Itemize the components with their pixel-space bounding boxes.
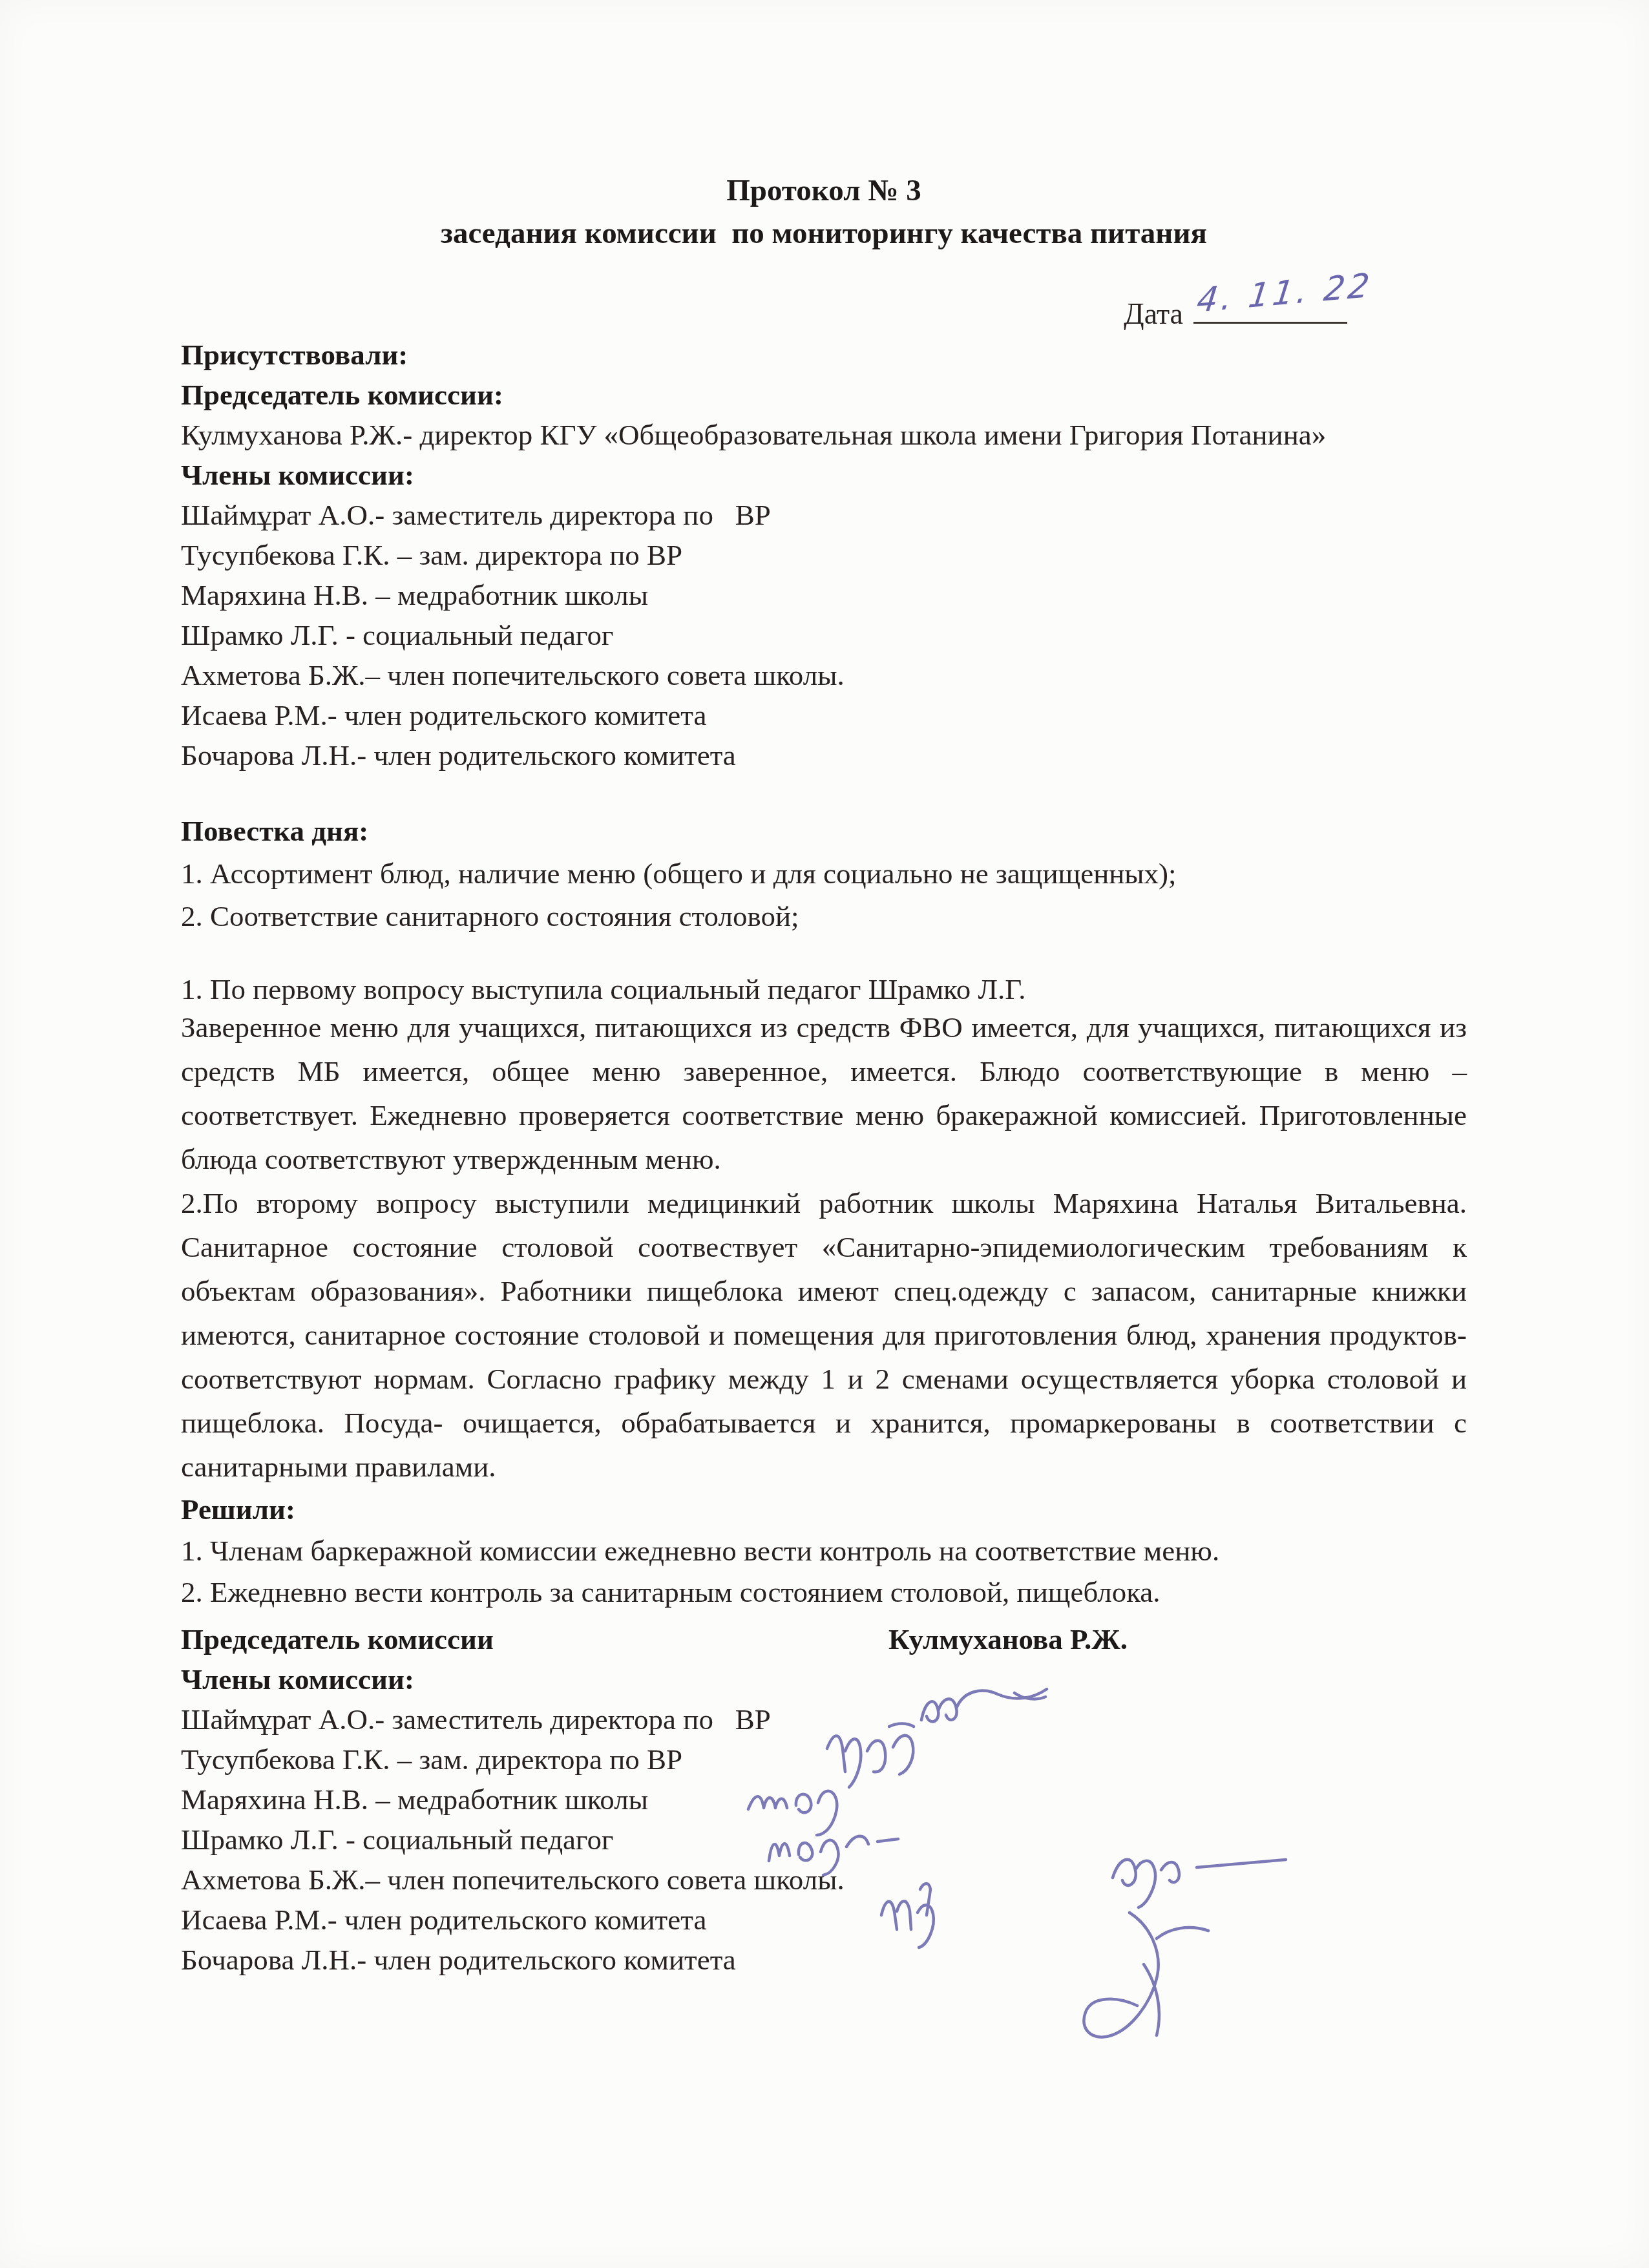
decision-item: 1. Членам баркеражной комиссии ежедневно… <box>181 1530 1467 1571</box>
question1-intro: 1. По первому вопросу выступила социальн… <box>181 969 1467 1009</box>
agenda-section: Повестка дня: 1. Ассортимент блюд, налич… <box>181 810 1467 938</box>
present-heading: Присутствовали: <box>181 335 1467 375</box>
signing-line: Маряхина Н.В. – медработник школы <box>181 1780 1467 1820</box>
signing-line: Шаймұрат А.О.- заместитель директора по … <box>181 1699 1467 1739</box>
signing-line: Ахметова Б.Ж.– член попечительского сове… <box>181 1860 1467 1900</box>
chairman-line: Кулмуханова Р.Ж.- директор КГУ «Общеобра… <box>181 415 1467 455</box>
members-heading: Члены комиссии: <box>181 455 1467 495</box>
document-title-block: Протокол № 3 заседания комиссии по монит… <box>181 169 1467 255</box>
signing-line: Шрамко Л.Г. - социальный педагог <box>181 1820 1467 1860</box>
signing-members-heading: Члены комиссии: <box>181 1659 1467 1699</box>
document-title-line1: Протокол № 3 <box>181 169 1467 212</box>
signing-line: Бочарова Л.Н.- член родительского комите… <box>181 1940 1467 1980</box>
date-underline: 4. 11. 22 <box>1193 287 1347 324</box>
decision-item: 2. Ежедневно вести контроль за санитарны… <box>181 1571 1467 1613</box>
attendee-line: Маряхина Н.В. – медработник школы <box>181 575 1467 615</box>
agenda-item: 1. Ассортимент блюд, наличие меню (общег… <box>181 852 1467 895</box>
attendee-line: Исаева Р.М.- член родительского комитета <box>181 695 1467 735</box>
attendee-line: Бочарова Л.Н.- член родительского комите… <box>181 735 1467 775</box>
chairman-signature-name: Кулмуханова Р.Ж. <box>888 1619 1128 1659</box>
chairman-signature-row: Председатель комиссии Кулмуханова Р.Ж. <box>181 1619 1467 1659</box>
chairman-signature-label: Председатель комиссии <box>181 1623 494 1655</box>
date-label: Дата <box>1124 297 1183 330</box>
question2-paragraph: 2.По второму вопросу выступили медицинки… <box>181 1181 1467 1489</box>
chairman-heading: Председатель комиссии: <box>181 375 1467 415</box>
attendee-line: Ахметова Б.Ж.– член попечительского сове… <box>181 655 1467 695</box>
question1-paragraph: Заверенное меню для учащихся, питающихся… <box>181 1005 1467 1181</box>
agenda-heading: Повестка дня: <box>181 810 1467 852</box>
decisions-section: Решили: 1. Членам баркеражной комиссии е… <box>181 1489 1467 1613</box>
document-title-line2: заседания комиссии по мониторингу качест… <box>181 212 1467 255</box>
handwritten-date: 4. 11. 22 <box>1195 266 1374 320</box>
signing-section: Председатель комиссии Кулмуханова Р.Ж. Ч… <box>181 1619 1467 1980</box>
attendees-section: Присутствовали: Председатель комиссии: К… <box>181 335 1467 775</box>
attendee-line: Шаймұрат А.О.- заместитель директора по … <box>181 495 1467 535</box>
question1-intro-line: 1. По первому вопросу выступила социальн… <box>181 969 1467 1009</box>
agenda-item: 2. Соответствие санитарного состояния ст… <box>181 895 1467 938</box>
scanned-protocol-document: Протокол № 3 заседания комиссии по монит… <box>0 0 1649 2268</box>
attendee-line: Шрамко Л.Г. - социальный педагог <box>181 615 1467 655</box>
signing-line: Исаева Р.М.- член родительского комитета <box>181 1900 1467 1940</box>
decisions-heading: Решили: <box>181 1489 1467 1530</box>
signing-line: Тусупбекова Г.К. – зам. директора по ВР <box>181 1739 1467 1780</box>
date-row: Дата4. 11. 22 <box>181 287 1467 331</box>
attendee-line: Тусупбекова Г.К. – зам. директора по ВР <box>181 535 1467 575</box>
